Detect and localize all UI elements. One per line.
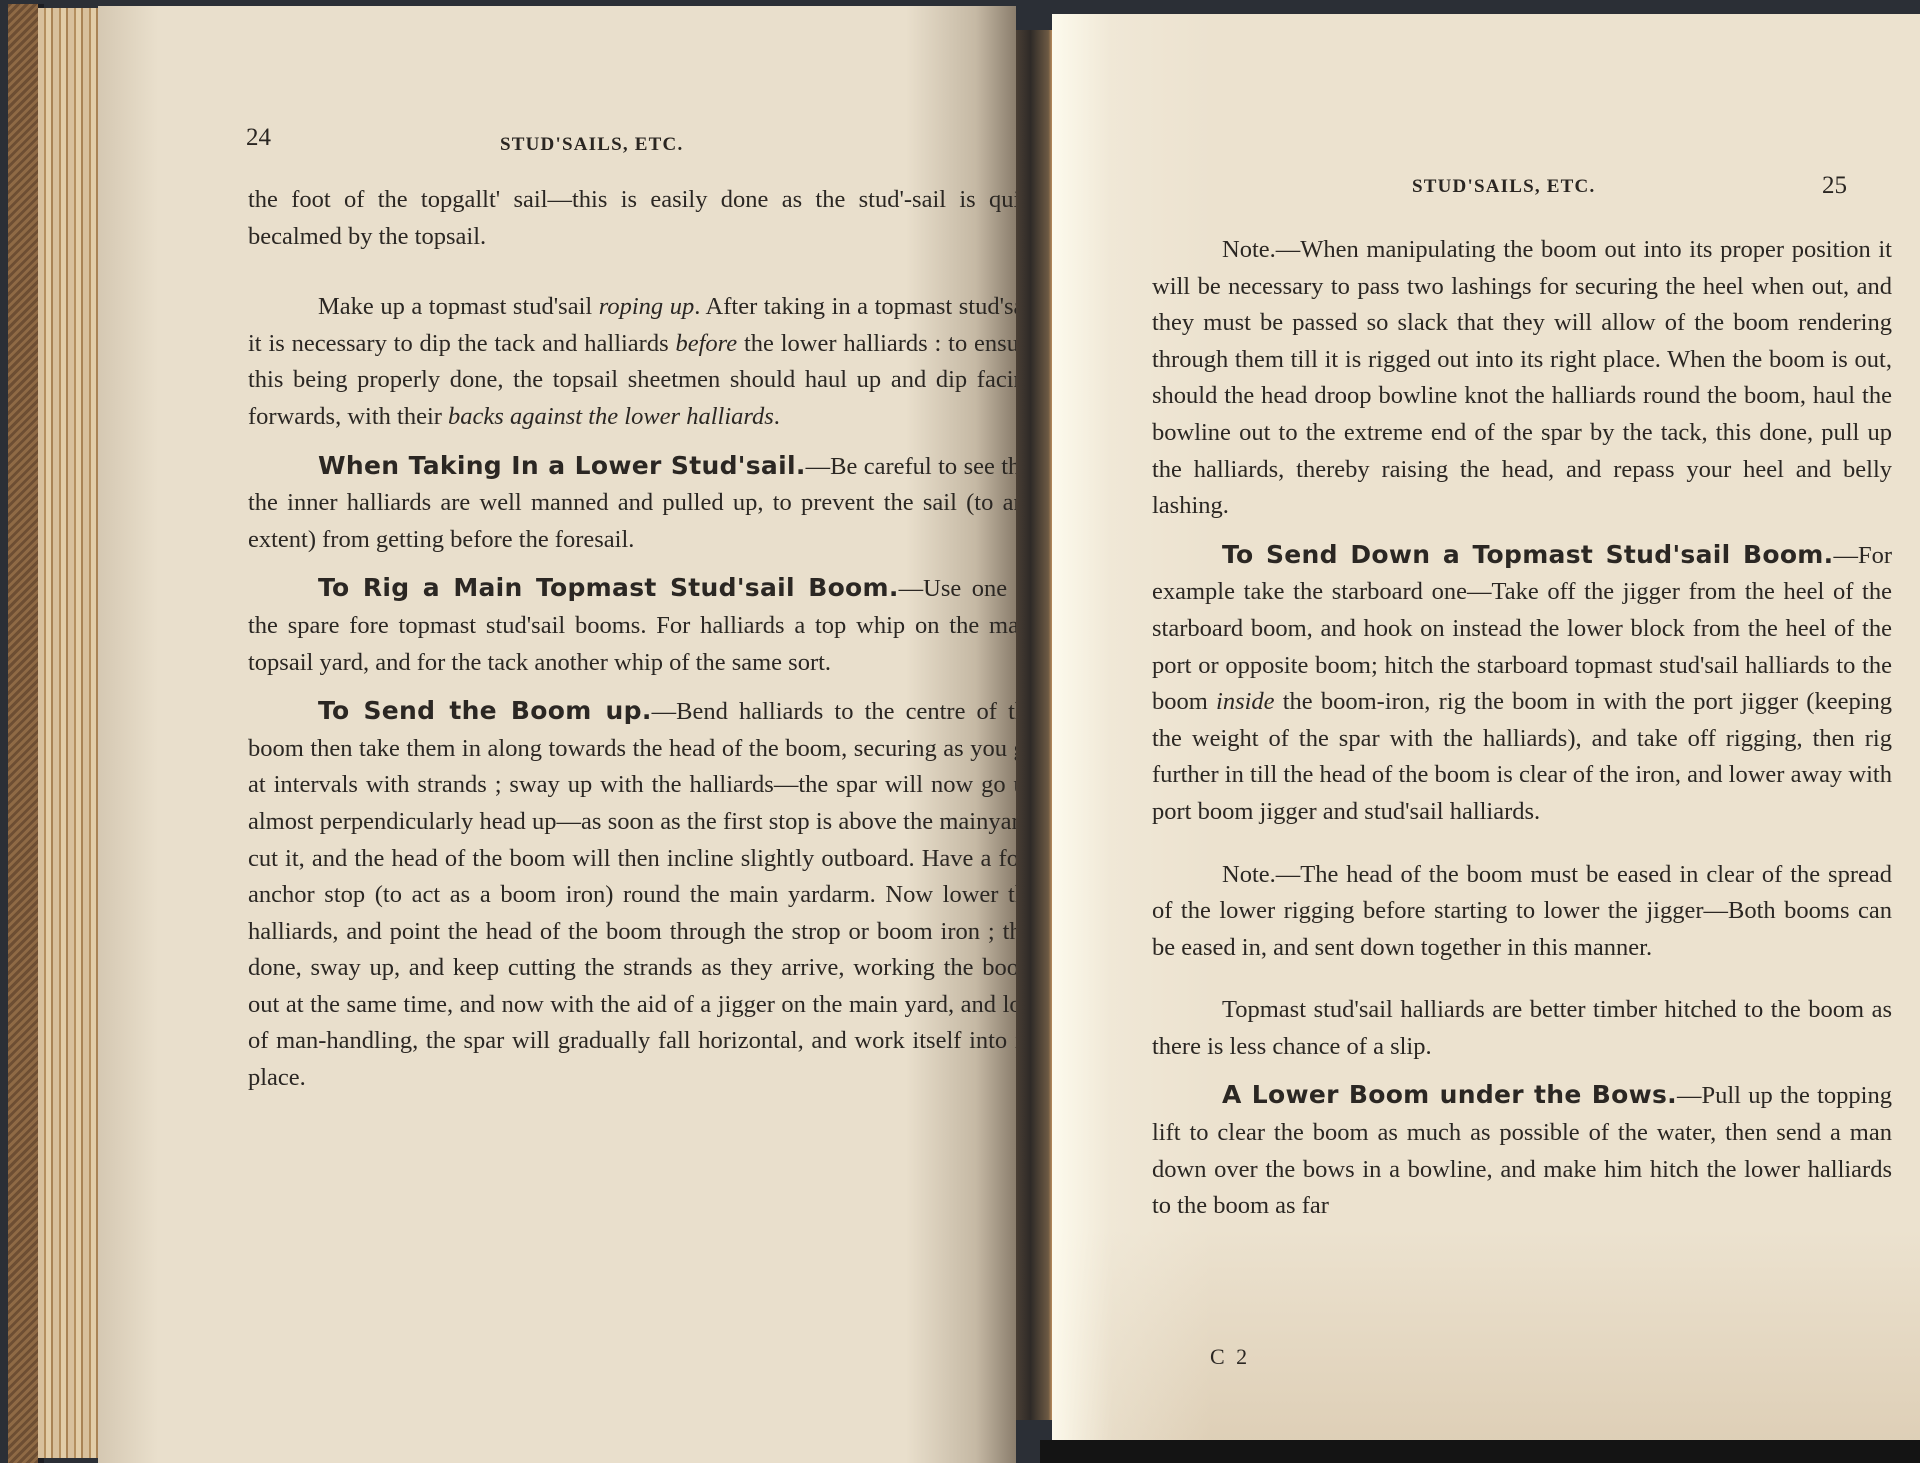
paragraph: the foot of the topgallt' sail—this is e…	[248, 182, 1038, 255]
section-heading: To Rig a Main Topmast Stud'sail Boom.	[318, 573, 899, 602]
left-page: 24 STUD'SAILS, ETC. the foot of the topg…	[98, 6, 1016, 1463]
signature-mark: C 2	[1210, 1344, 1250, 1370]
page-edges	[38, 8, 100, 1458]
page-number: 24	[246, 124, 271, 152]
running-head: STUD'SAILS, ETC.	[1412, 176, 1595, 198]
left-page-text: the foot of the topgallt' sail—this is e…	[248, 182, 1038, 1097]
open-book: 24 STUD'SAILS, ETC. the foot of the topg…	[0, 0, 1920, 1463]
paragraph: When Taking In a Lower Stud'sail.—Be car…	[248, 448, 1038, 559]
section-heading: To Send Down a Topmast Stud'sail Boom.	[1222, 540, 1833, 569]
paragraph: To Rig a Main Topmast Stud'sail Boom.—Us…	[248, 570, 1038, 681]
paragraph: A Lower Boom under the Bows.—Pull up the…	[1152, 1077, 1892, 1224]
paragraph: To Send Down a Topmast Stud'sail Boom.—F…	[1152, 537, 1892, 831]
section-heading: A Lower Boom under the Bows.	[1222, 1080, 1677, 1109]
section-heading: To Send the Boom up.	[318, 696, 652, 725]
paragraph: To Send the Boom up.—Bend halliards to t…	[248, 693, 1038, 1097]
page-number: 25	[1822, 172, 1847, 200]
paragraph: Note.—When manipulating the boom out int…	[1152, 232, 1892, 525]
running-head: STUD'SAILS, ETC.	[500, 134, 683, 156]
paragraph: Topmast stud'sail halliards are better t…	[1152, 992, 1892, 1065]
paragraph: Make up a topmast stud'sail roping up. A…	[248, 289, 1038, 435]
right-page: STUD'SAILS, ETC. 25 Note.—When manipulat…	[1052, 14, 1920, 1444]
table-surface	[1040, 1440, 1920, 1463]
book-gutter	[1016, 30, 1052, 1420]
paragraph: Note.—The head of the boom must be eased…	[1152, 857, 1892, 967]
right-page-text: Note.—When manipulating the boom out int…	[1152, 232, 1892, 1225]
section-heading: When Taking In a Lower Stud'sail.	[318, 451, 806, 480]
